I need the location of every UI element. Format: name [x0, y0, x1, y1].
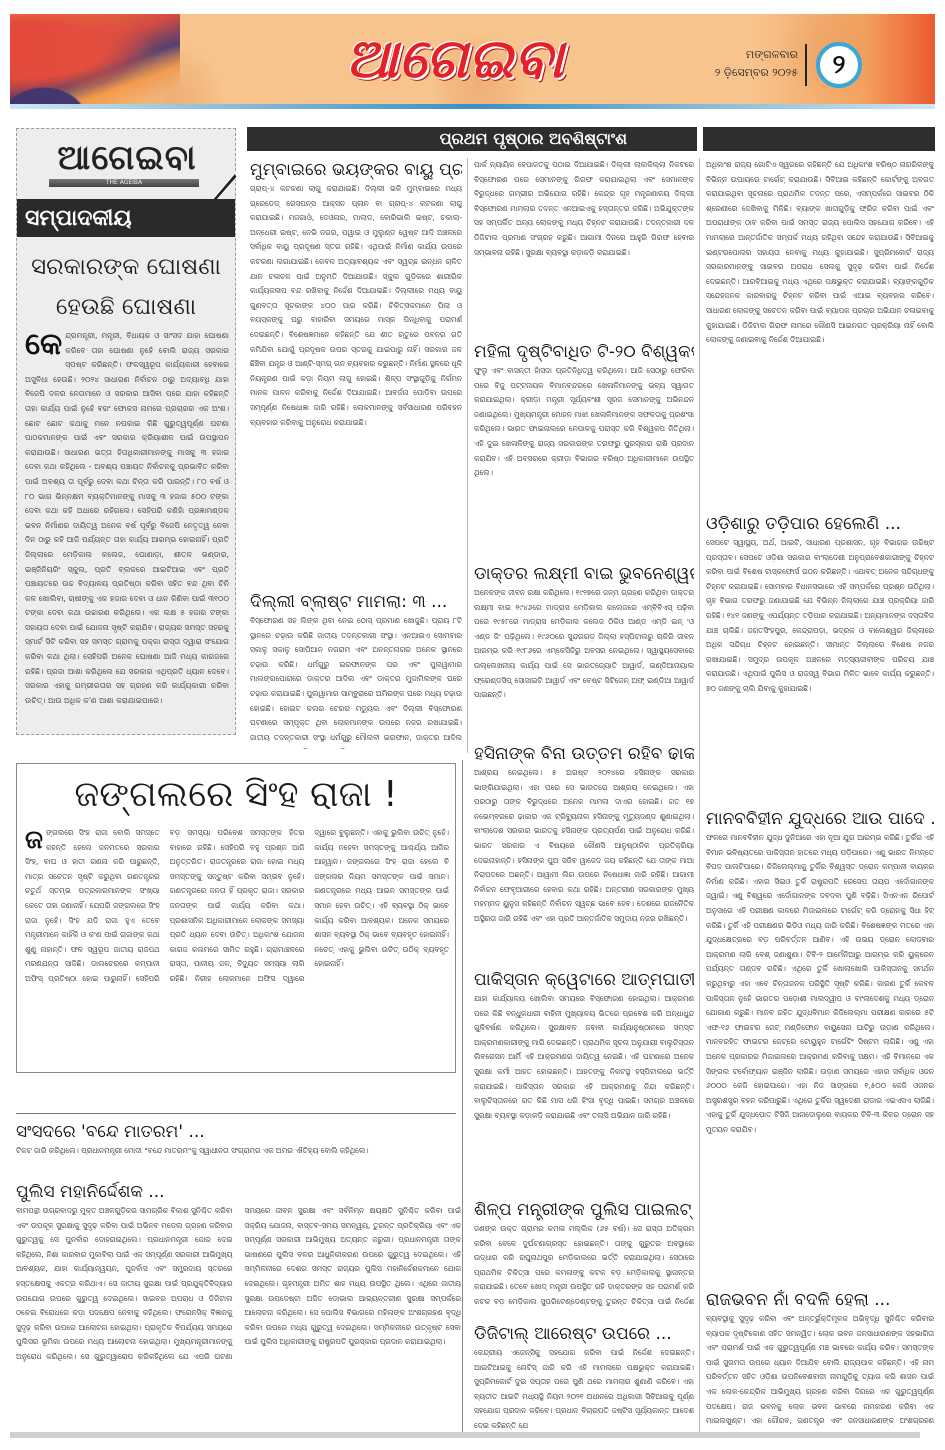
masthead-divider: [805, 44, 807, 86]
article-body: ଫୁଲୁ ଏବଂ ବାସନ୍ତୀ ହାଁସଦା ପ୍ରତିନିଧିତ୍ୱ କରି…: [474, 364, 694, 552]
article-headline: ଓଡ଼ିଶାରୁ ତଡ଼ିପାର ହେଲେଣି ...: [706, 512, 934, 536]
article-vande-mataram: ସଂସଦରେ 'ବନ୍ଦେ ମାତରମ' ... ଟିକଟ ଜାରି କରିଥି…: [16, 1120, 461, 1170]
article-body: ଅନେକଙ୍କ ଜୀବନ ରକ୍ଷା କରିଥିଲେ। ୧୯୨୭ରେ ଜନ୍ମ …: [474, 586, 694, 731]
article-headline: ଡାକ୍ତର ଲକ୍ଷ୍ମୀ ବାଇ ଭୁବନେଶ୍ୱର ...: [474, 562, 694, 586]
article-continuation: ପାର୍କ ନ୍ୟାୟିକ ହେପାଜତକୁ ପଠାଇ ଦିଆଯାଇଛି। ଦି…: [474, 158, 694, 330]
article-headline: ପୁଲିସ ମହାନିର୍ଦ୍ଦେଶକ ...: [16, 1180, 461, 1204]
article-body: ଅଧିକାଂଶ ରାଜ୍ୟ ଗୋଟିଏ ସ୍ୱରରେ କହିଛନ୍ତି ଯେ ଅ…: [706, 158, 934, 488]
article-body: କେନ୍ଦ୍ରୀୟ ଏଜେନ୍ସିକୁ ସହଯୋଗ କରିବା ପାଇଁ ନିର…: [474, 1346, 694, 1432]
article-body: ସେପଟେ ସ୍ୱାସ୍ଥ୍ୟ, ଅର୍ଥ, ଆଇଟି, ସାଧାରଣ ପ୍ରଶ…: [706, 536, 934, 790]
editorial-headline-line1: ସରକାରଙ୍କ ଘୋଷଣା: [23, 247, 229, 287]
editorial-logo-sub: THE AGEIBA: [49, 179, 199, 187]
article-body: ଆଶ୍ରୟ ନେଇଥିଲେ। ୫ ଅଗଷ୍ଟ ୨୦୨୪ରେ ହସିନାଙ୍କ ସ…: [474, 766, 694, 961]
article-lakshmi-bai: ଡାକ୍ତର ଲକ୍ଷ୍ମୀ ବାଇ ଭୁବନେଶ୍ୱର ... ଅନେକଙ୍କ…: [474, 562, 694, 732]
editorial-body: କେନ୍ଦ୍ରମନ୍ତ୍ରୀ, ମନ୍ତ୍ରୀ, ବିଧାୟକ ଓ ସାଂସଦ …: [25, 329, 229, 729]
article-delhi-blast: ଦିଲ୍ଲୀ ବ୍ଲାଷ୍ଟ ମାମଲା: ୩ ... ବିସ୍ଫୋରଣ ସହ …: [250, 590, 462, 752]
section-title: ପ୍ରଥମ ପୃଷ୍ଠାର ଅବଶିଷ୍ଟାଂଶ: [440, 127, 627, 151]
masthead-day: ମଙ୍ଗଳବାର: [693, 48, 798, 62]
masthead-underline: [10, 104, 935, 109]
feature-body: ଜଙ୍ଗଲରେ ସିଂହ ରାଜା ବୋଲି ସମସ୍ତେ କହନ୍ତି ହେଲ…: [25, 826, 449, 1066]
feature-headline: ଜଙ୍ଗଲରେ ସିଂହ ରାଜା !: [17, 768, 455, 822]
article-hasina: ହସିନାଙ୍କ ବିନା ଉତ୍ତମ ରହିବ ଢାକା- ... ଆଶ୍ରୟ…: [474, 742, 694, 962]
article-headline: ହସିନାଙ୍କ ବିନା ଉତ୍ତମ ରହିବ ଢାକା- ...: [474, 742, 694, 766]
masthead-date: ୨ ଡ଼ିସେମ୍ବର ୨୦୨୫: [678, 66, 798, 80]
article-headline: ମହିଳା ଦୃଷ୍ଟିବାଧିତ ଟି-୨୦ ବିଶ୍ୱକପ୍ ...: [474, 340, 694, 364]
editorial-section-label: ସମ୍ପାଦକୀୟ: [25, 201, 132, 235]
article-body: ବାମପନ୍ଥୀ ଉଗ୍ରବାଦରୁ ମୁକ୍ତ ଅଞ୍ଚଳଗୁଡ଼ିକର ସା…: [16, 1204, 461, 1432]
article-body: ଟିକଟ ଜାରି କରିଥିଲେ। ପ୍ରଧାନମନ୍ତ୍ରୀ ମୋଦୀ "ବ…: [16, 1144, 461, 1162]
column-divider: [467, 158, 468, 753]
article-headline: ଡିଜିଟାଲ୍ ଆରେଷ୍ଟ ଉପରେ ...: [474, 1322, 694, 1346]
article-police-dg: ପୁଲିସ ମହାନିର୍ଦ୍ଦେଶକ ... ବାମପନ୍ଥୀ ଉଗ୍ରବାଦ…: [16, 1180, 461, 1432]
article-body: ଜଣଙ୍କ ଉକ୍ତ ଗ୍ରାମର କମଳା ମଲ୍ଲିକ (୬୫ ବର୍ଷ)।…: [474, 1222, 694, 1310]
column-divider: [699, 158, 700, 1433]
article-body: ବ୍ୟବସ୍ଥାକୁ ସୁଦୃଢ଼ କରିବା ଏବଂ ଅନ୍ତର୍ଭୁକ୍ତି…: [706, 1312, 934, 1432]
article-digital-arrest: ଡିଜିଟାଲ୍ ଆରେଷ୍ଟ ଉପରେ ... କେନ୍ଦ୍ରୀୟ ଏଜେନ୍…: [474, 1322, 694, 1432]
article-body: ଗ୍ରାପ୍-୪ କଟକଣା ଲାଗୁ କରାଯାଇଛି। ଦିଲ୍ଲୀ ଭଳି…: [250, 182, 462, 577]
article-industry-minister: ଶିଳ୍ପ ମନ୍ତ୍ରୀଙ୍କ ପୁଲିସ ପାଇଲଟ୍ ... ଜଣଙ୍କ …: [474, 1198, 694, 1310]
editorial-logo: ଆଗେଇବା: [47, 137, 207, 179]
article-headline: ଶିଳ୍ପ ମନ୍ତ୍ରୀଙ୍କ ପୁଲିସ ପାଇଲଟ୍ ...: [474, 1198, 694, 1222]
page-number: ୨: [816, 42, 862, 88]
page-footer-bar: [10, 1432, 920, 1438]
editorial-dropcap: କେ: [25, 331, 62, 359]
article-body: ଯାହା କାର୍ଯ୍ୟାଳୟ ଖୋଲିବା ସମୟରେ ବିସ୍ଫୋରଣ ହୋ…: [474, 992, 694, 1172]
article-headline: ସଂସଦରେ 'ବନ୍ଦେ ମାତରମ' ...: [16, 1120, 461, 1144]
newspaper-title: ଆଗେଇବା: [345, 18, 565, 98]
editorial-text: ନ୍ଦ୍ରମନ୍ତ୍ରୀ, ମନ୍ତ୍ରୀ, ବିଧାୟକ ଓ ସାଂସଦ ଯା…: [25, 331, 229, 705]
article-body: ପାର୍କ ନ୍ୟାୟିକ ହେପାଜତକୁ ପଠାଇ ଦିଆଯାଇଛି। ଦି…: [474, 158, 694, 330]
editorial-band: ସମ୍ପାଦକୀୟ: [17, 199, 235, 237]
article-headline: ରାଜଭବନ ନାଁ ବଦଳି ହେଲା ...: [706, 1288, 934, 1312]
article-continuation: ଅଧିକାଂଶ ରାଜ୍ୟ ଗୋଟିଏ ସ୍ୱରରେ କହିଛନ୍ତି ଯେ ଅ…: [706, 158, 934, 488]
article-pakistan-quetta: ପାକିସ୍ତାନ କ୍ୱେଟାରେ ଆତ୍ମଘାତୀ ... ଯାହା କାର…: [474, 968, 694, 1173]
article-body: ଫଳରେ ମାନବବିହୀନ ଯୁଦ୍ଧ ଦୁନିଆରେ ଏହା ନୂଆ ଯୁଗ…: [706, 831, 934, 1215]
feature-lion-king-box: ଜଙ୍ଗଲରେ ସିଂହ ରାଜା ! ଜଙ୍ଗଲରେ ସିଂହ ରାଜା ବୋ…: [16, 763, 456, 1073]
article-women-t20: ମହିଳା ଦୃଷ୍ଟିବାଧିତ ଟି-୨୦ ବିଶ୍ୱକପ୍ ... ଫୁଲ…: [474, 340, 694, 555]
article-odisha-deportation: ଓଡ଼ିଶାରୁ ତଡ଼ିପାର ହେଲେଣି ... ସେପଟେ ସ୍ୱାସ୍…: [706, 512, 934, 790]
column-divider: [462, 760, 463, 1432]
editorial-headline-line2: ହେଉଛି ଘୋଷଣା: [23, 287, 229, 327]
article-raj-bhavan: ରାଜଭବନ ନାଁ ବଦଳି ହେଲା ... ବ୍ୟବସ୍ଥାକୁ ସୁଦୃ…: [706, 1288, 934, 1432]
article-drone-war: ମାନବବିହୀନ ଯୁଦ୍ଧରେ ଆଉ ପାଦେ ... ଫଳରେ ମାନବବ…: [706, 807, 934, 1215]
article-headline: ଦିଲ୍ଲୀ ବ୍ଲାଷ୍ଟ ମାମଲା: ୩ ...: [250, 590, 462, 614]
section-header-bar: ପ୍ରଥମ ପୃଷ୍ଠାର ଅବଶିଷ୍ଟାଂଶ: [247, 127, 697, 151]
article-headline: ମୁମ୍ବାଇରେ ଭୟଙ୍କର ବାୟୁ ପ୍ରଦୂଷଣ ...: [250, 158, 462, 182]
feature-text: ଙ୍ଗଲରେ ସିଂହ ରାଜା ବୋଲି ସମସ୍ତେ କହନ୍ତି ହେଲେ…: [25, 828, 449, 983]
article-headline: ପାକିସ୍ତାନ କ୍ୱେଟାରେ ଆତ୍ମଘାତୀ ...: [474, 968, 694, 992]
article-headline: ମାନବବିହୀନ ଯୁଦ୍ଧରେ ଆଉ ପାଦେ ...: [706, 807, 934, 831]
masthead-banner: ଆଗେଇବା ମଙ୍ଗଳବାର ୨ ଡ଼ିସେମ୍ବର ୨୦୨୫ ୨: [10, 14, 935, 104]
section-divider: [16, 1113, 456, 1114]
editorial-headline: ସରକାରଙ୍କ ଘୋଷଣା ହେଉଛି ଘୋଷଣା: [23, 247, 229, 327]
article-mumbai-pollution: ମୁମ୍ବାଇରେ ଭୟଙ୍କର ବାୟୁ ପ୍ରଦୂଷଣ ... ଗ୍ରାପ୍…: [250, 158, 462, 583]
section-header-bar-right: [703, 127, 935, 151]
editorial-box: ଆଗେଇବା THE AGEIBA ସମ୍ପାଦକୀୟ ସରକାରଙ୍କ ଘୋଷ…: [16, 128, 236, 735]
feature-dropcap: ଜ: [25, 828, 43, 852]
article-body: ବିସ୍ଫୋରଣ ସହ ଲିଙ୍କ ଥିବା ନେଇ ଠୋସ୍ ପ୍ରମାଣ ଖ…: [250, 614, 462, 749]
